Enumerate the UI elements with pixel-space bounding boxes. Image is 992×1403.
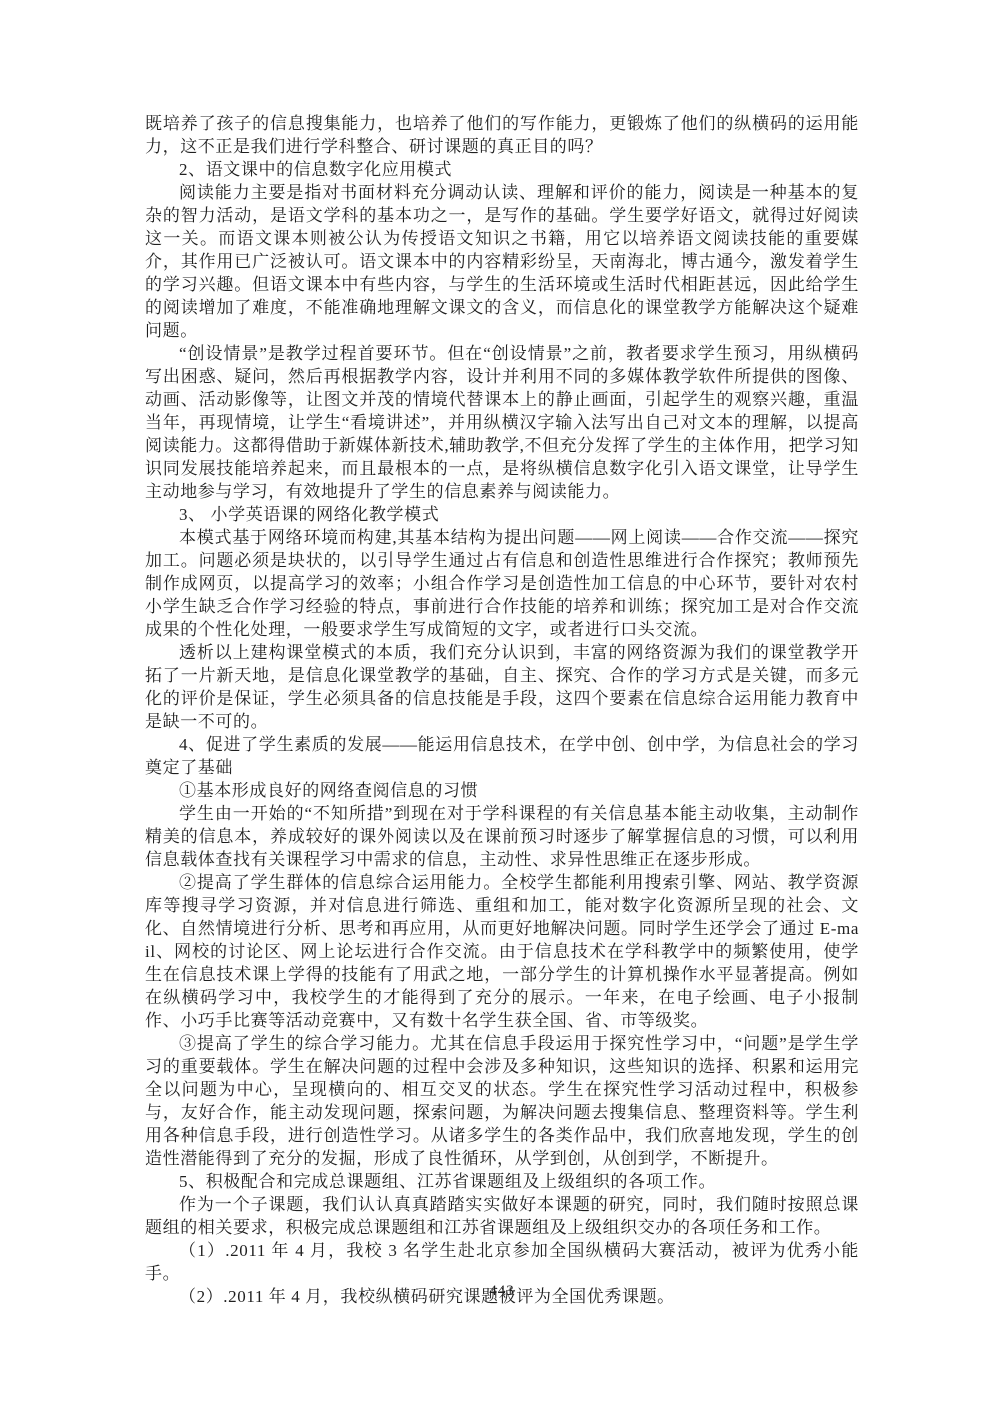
paragraph-achievement-1: （1）.2011 年 4 月，我校 3 名学生赴北京参加全国纵横码大赛活动，被评… xyxy=(145,1239,859,1285)
heading-section-3: 3、 小学英语课的网络化教学模式 xyxy=(145,503,859,526)
paragraph-model-analysis: 透析以上建构课堂模式的本质，我们充分认识到，丰富的网络资源为我们的课堂教学开拓了… xyxy=(145,641,859,733)
paragraph-reading-ability: 阅读能力主要是指对书面材料充分调动认读、理解和评价的能力，阅读是一种基本的复杂的… xyxy=(145,181,859,342)
paragraph-continuation: 既培养了孩子的信息搜集能力，也培养了他们的写作能力，更锻炼了他们的纵横码的运用能… xyxy=(145,112,859,158)
heading-section-4: 4、促进了学生素质的发展——能运用信息技术，在学中创、创中学，为信息社会的学习奠… xyxy=(145,733,859,779)
paragraph-create-scenario: “创设情景”是教学过程首要环节。但在“创设情景”之前，教者要求学生预习，用纵横码… xyxy=(145,342,859,503)
text-body: 既培养了孩子的信息搜集能力，也培养了他们的写作能力，更锻炼了他们的纵横码的运用能… xyxy=(145,112,859,1308)
paragraph-subtopic-work: 作为一个子课题，我们认认真真踏踏实实做好本课题的研究，同时，我们随时按照总课题组… xyxy=(145,1193,859,1239)
document-page: 既培养了孩子的信息搜集能力，也培养了他们的写作能力，更锻炼了他们的纵横码的运用能… xyxy=(0,0,992,1403)
paragraph-point-2: ②提高了学生群体的信息综合运用能力。全校学生都能利用搜索引擎、网站、教学资源库等… xyxy=(145,871,859,1032)
heading-section-5: 5、积极配合和完成总课题组、江苏省课题组及上级组织的各项工作。 xyxy=(145,1170,859,1193)
paragraph-point-1: 学生由一开始的“不知所措”到现在对于学科课程的有关信息基本能主动收集，主动制作精… xyxy=(145,802,859,871)
heading-section-2: 2、语文课中的信息数字化应用模式 xyxy=(145,158,859,181)
subheading-point-1: ①基本形成良好的网络查阅信息的习惯 xyxy=(145,779,859,802)
paragraph-network-model: 本模式基于网络环境而构建,其基本结构为提出问题——网上阅读——合作交流——探究加… xyxy=(145,526,859,641)
paragraph-point-3: ③提高了学生的综合学习能力。尤其在信息手段运用于探究性学习中，“问题”是学生学习… xyxy=(145,1032,859,1170)
page-number: 443 xyxy=(145,1283,859,1300)
